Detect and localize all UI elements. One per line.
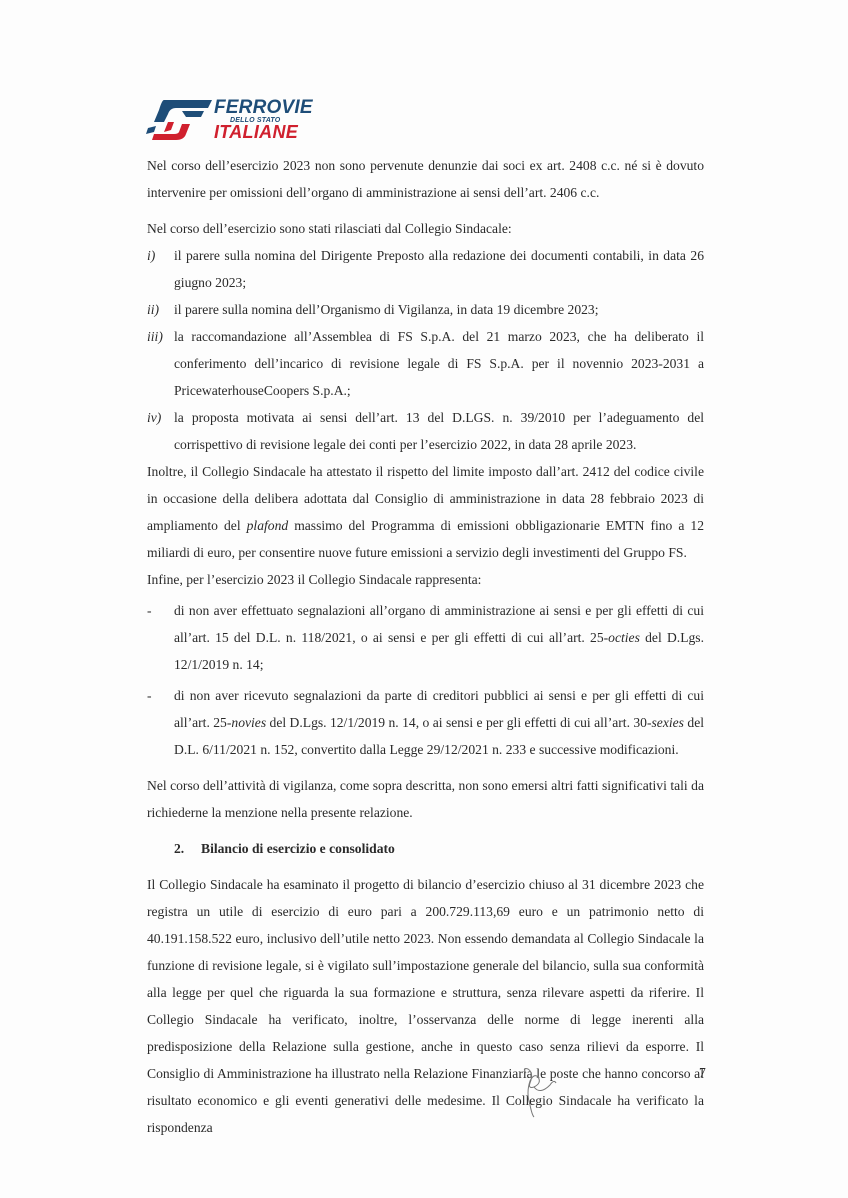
emphasis-octies: octies [608,630,640,645]
paragraph-infine: Infine, per l’esercizio 2023 il Collegio… [147,566,704,593]
document-body: Nel corso dell’esercizio 2023 non sono p… [147,152,704,1141]
emphasis-sexies: sexies [652,715,684,730]
list-item-text: la proposta motivata ai sensi dell’art. … [174,404,704,458]
logo-line-ferrovie: FERROVIE [214,98,313,117]
paragraph-bilancio: Il Collegio Sindacale ha esaminato il pr… [147,871,704,1141]
list-item-text: la raccomandazione all’Assemblea di FS S… [174,323,704,404]
document-page: FERROVIE DELLO STATO ITALIANE Nel corso … [0,0,848,1198]
section-heading-bilancio: 2.Bilancio di esercizio e consolidato [147,835,704,862]
list-item-iv: iv) la proposta motivata ai sensi dell’a… [147,404,704,458]
section-number: 2. [174,835,201,862]
list-marker: i) [147,242,174,296]
list-item-i: i) il parere sulla nomina del Dirigente … [147,242,704,296]
section-title: Bilancio di esercizio e consolidato [201,841,395,856]
logo-wordmark: FERROVIE DELLO STATO ITALIANE [214,98,313,141]
list-item-iii: iii) la raccomandazione all’Assemblea di… [147,323,704,404]
paragraph-denunzie: Nel corso dell’esercizio 2023 non sono p… [147,152,704,206]
list-marker: iii) [147,323,174,404]
dash-marker: - [147,597,174,678]
text-run: del D.Lgs. 12/1/2019 n. 14, o ai sensi e… [266,715,651,730]
emphasis-plafond: plafond [247,518,289,533]
handwritten-signature [520,1065,560,1125]
paragraph-inoltre: Inoltre, il Collegio Sindacale ha attest… [147,458,704,566]
list-item-ii: ii) il parere sulla nomina dell’Organism… [147,296,704,323]
paragraph-vigilanza: Nel corso dell’attività di vigilanza, co… [147,772,704,826]
dash-item-segnalazioni-ricevute: - di non aver ricevuto segnalazioni da p… [147,682,704,763]
list-item-text: il parere sulla nomina dell’Organismo di… [174,296,704,323]
dash-item-segnalazioni-effettuate: - di non aver effettuato segnalazioni al… [147,597,704,678]
signature-icon [520,1065,560,1125]
paragraph-rilasci-intro: Nel corso dell’esercizio sono stati rila… [147,215,704,242]
list-marker: ii) [147,296,174,323]
emphasis-novies: novies [231,715,266,730]
list-marker: iv) [147,404,174,458]
dash-marker: - [147,682,174,763]
dash-item-text: di non aver ricevuto segnalazioni da par… [174,682,704,763]
fs-logo-icon [146,96,214,144]
list-item-text: il parere sulla nomina del Dirigente Pre… [174,242,704,296]
logo-line-italiane: ITALIANE [214,123,313,141]
dash-item-text: di non aver effettuato segnalazioni all’… [174,597,704,678]
page-number: 7 [699,1065,706,1081]
ferrovie-logo: FERROVIE DELLO STATO ITALIANE [146,96,316,144]
